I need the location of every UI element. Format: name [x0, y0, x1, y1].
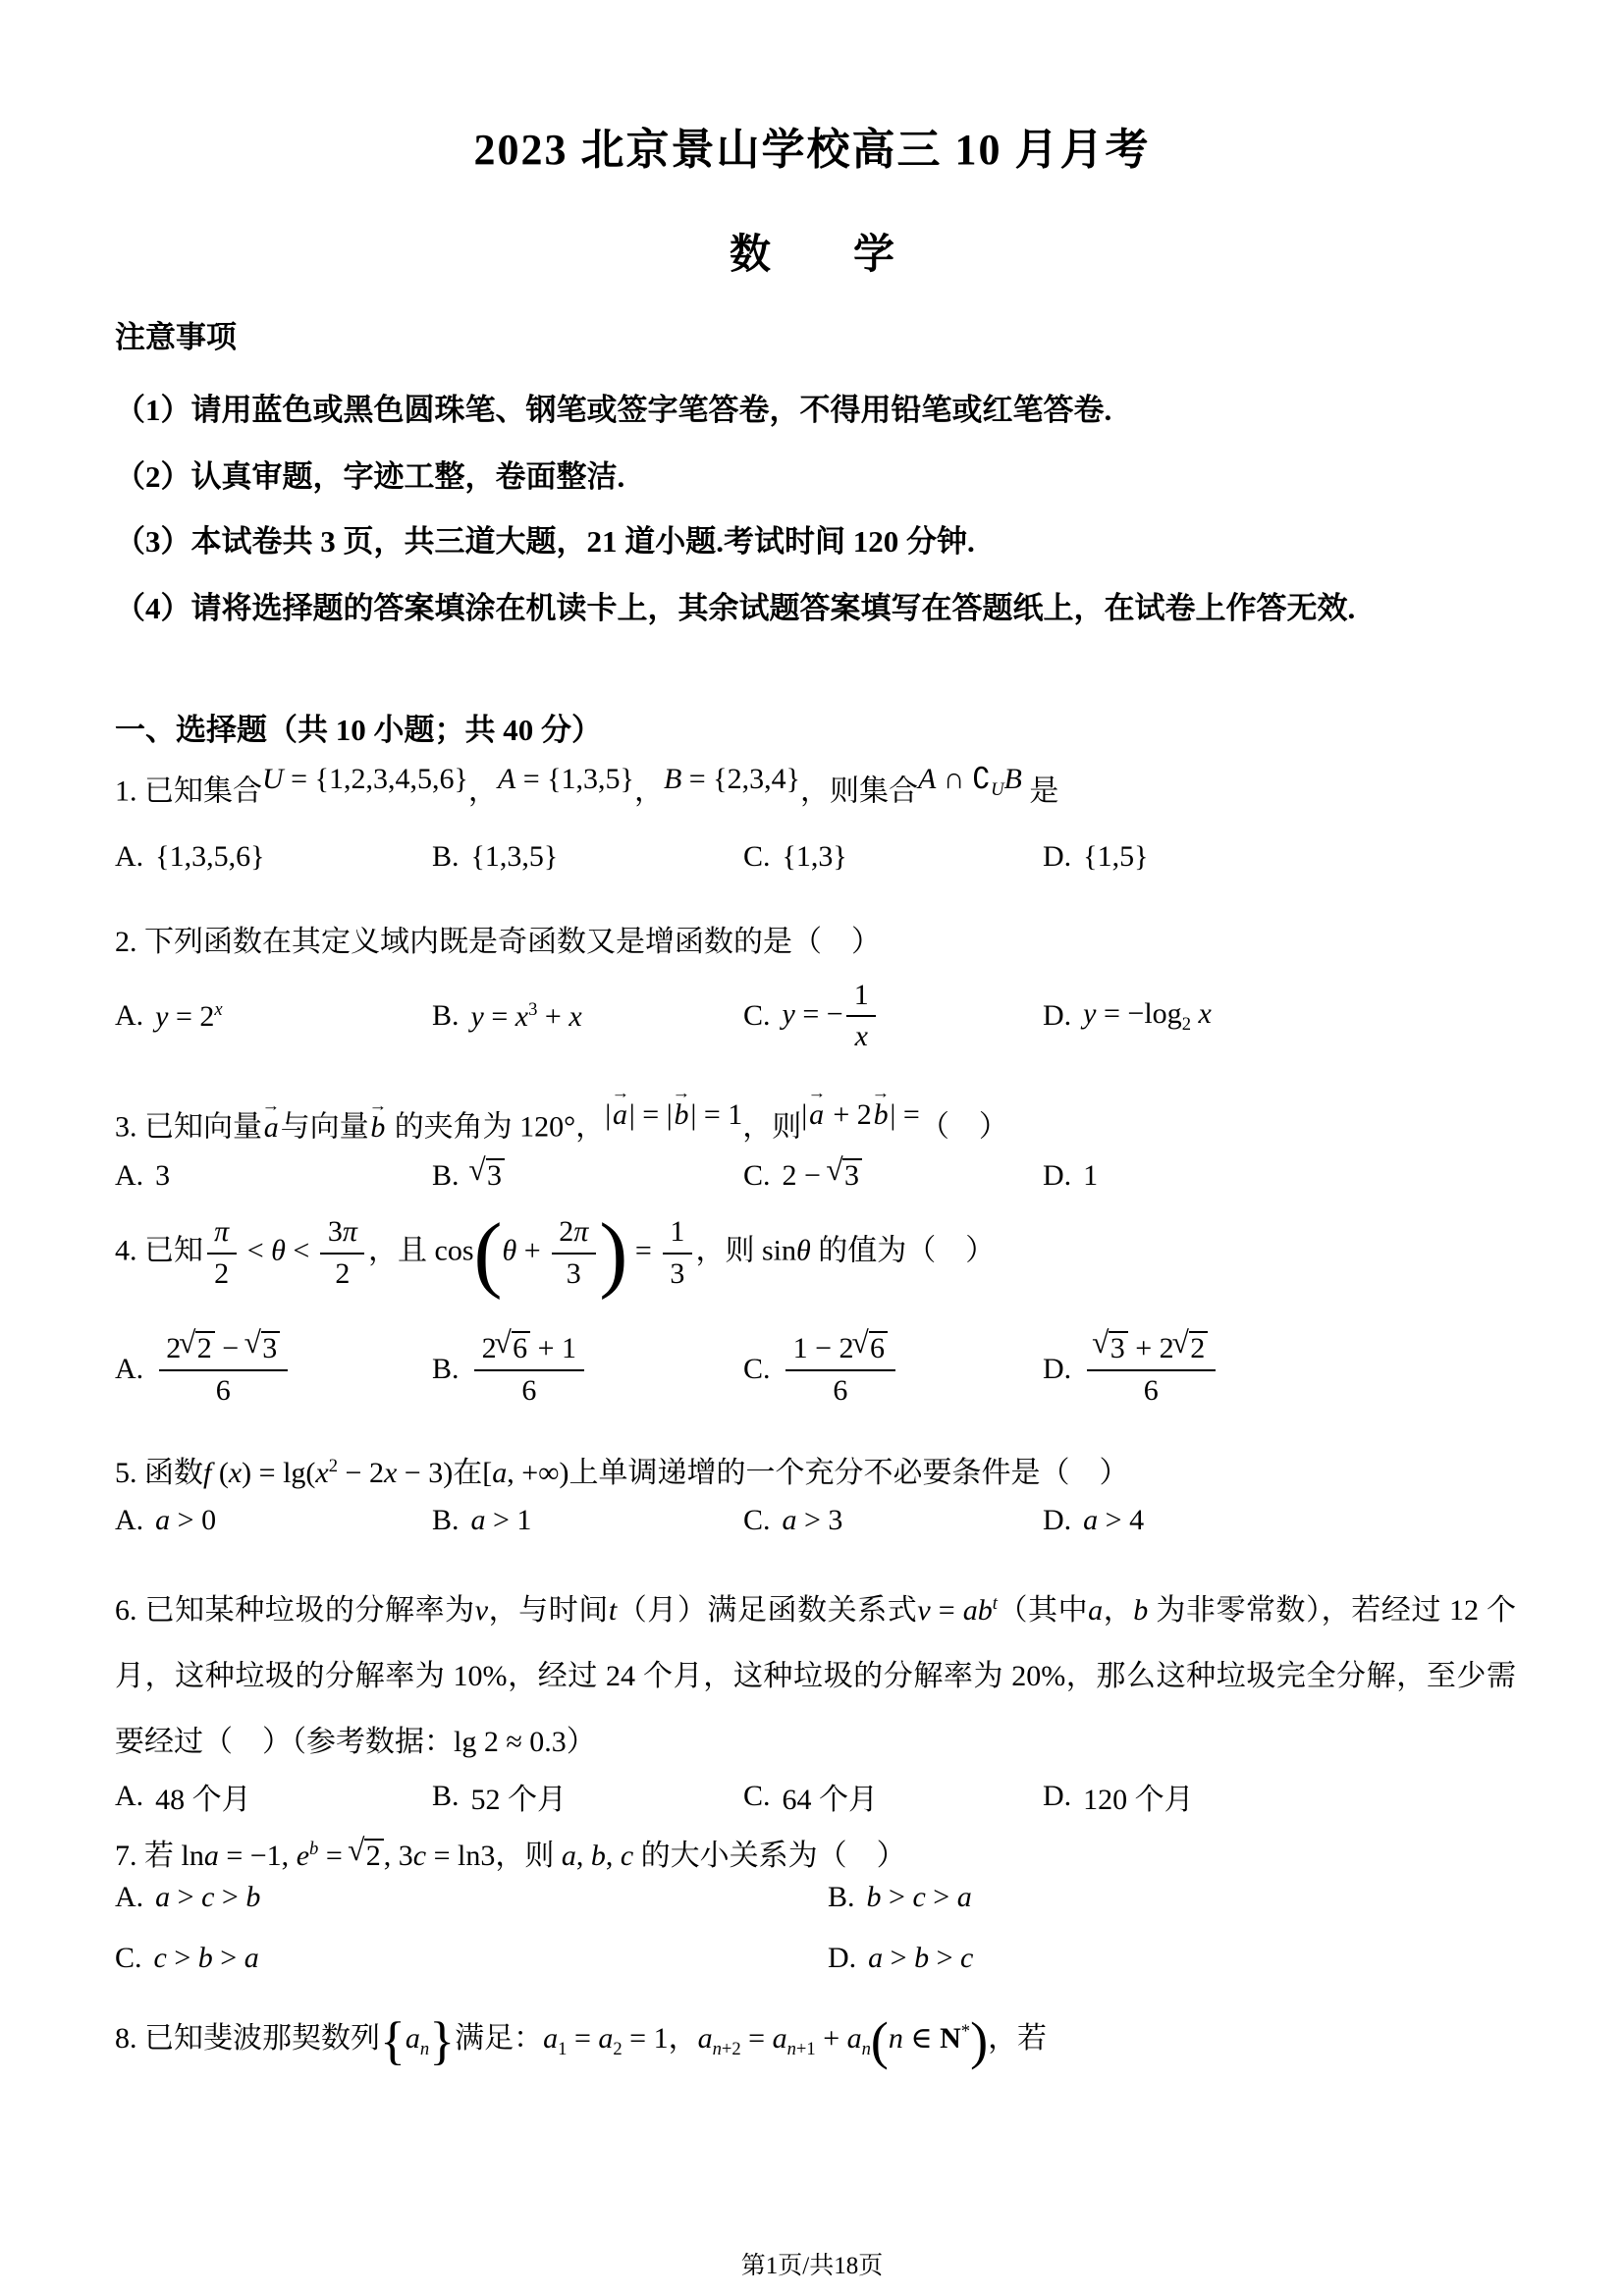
question-5-option-b: B.a > 1 — [432, 1504, 743, 1537]
option-label: C. — [115, 1942, 142, 1975]
option-text: {1,5} — [1083, 840, 1148, 874]
option-text: y = −log2 x — [1083, 997, 1212, 1036]
exam-title: 2023 北京景山学校高三 10 月月考 — [0, 114, 1624, 177]
question-7-option-d: D.a > b > c — [828, 1942, 1516, 1975]
notice-heading: 注意事项 — [115, 312, 1516, 356]
option-label: C. — [743, 1504, 771, 1537]
option-label: B. — [432, 840, 460, 874]
option-text: 3 — [155, 1159, 170, 1193]
question-3-option-b: B.3 — [432, 1158, 743, 1193]
option-label: B. — [432, 1504, 460, 1537]
option-text: a > b > c — [868, 1942, 973, 1975]
question-6-option-b: B.52 个月 — [432, 1775, 743, 1818]
notice-item-3: （3）本试卷共 3 页，共三道大题，21 道小题.考试时间 120 分钟. — [115, 508, 1516, 574]
option-label: B. — [432, 1159, 460, 1193]
notice-item-4: （4）请将选择题的答案填涂在机读卡上，其余试题答案填写在答题纸上，在试卷上作答无… — [115, 575, 1516, 641]
question-2-stem: 2. 下列函数在其定义域内既是奇函数又是增函数的是（ ） — [115, 909, 1516, 975]
option-text: a > 0 — [155, 1504, 216, 1537]
option-text: a > 1 — [471, 1504, 532, 1537]
question-5-option-c: C.a > 3 — [743, 1504, 1043, 1537]
question-4-option-c: C.1 − 266 — [743, 1331, 1043, 1408]
question-4-option-b: B.26 + 16 — [432, 1331, 743, 1408]
option-text: 3 + 226 — [1083, 1331, 1218, 1408]
question-3-stem: 3. 已知向量a与向量b 的夹角为 120°，|a| = |b| = 1，则|a… — [115, 1082, 1516, 1160]
question-4-option-d: D.3 + 226 — [1043, 1331, 1516, 1408]
question-4-option-a: A.22 − 36 — [115, 1331, 432, 1408]
option-text: a > c > b — [155, 1881, 260, 1914]
option-label: C. — [743, 840, 771, 874]
option-text: 120 个月 — [1083, 1775, 1194, 1818]
option-text: c > b > a — [154, 1942, 259, 1975]
question-1-option-d: D.{1,5} — [1043, 840, 1516, 874]
notice-item-1: （1）请用蓝色或黑色圆珠笔、钢笔或签字笔答卷，不得用铅笔或红笔答卷. — [115, 377, 1516, 443]
option-text: 52 个月 — [471, 1775, 568, 1818]
question-5-options: A.a > 0 B.a > 1 C.a > 3 D.a > 4 — [115, 1504, 1516, 1537]
option-label: C. — [743, 1780, 771, 1813]
question-1-option-b: B.{1,3,5} — [432, 840, 743, 874]
option-label: D. — [1043, 999, 1071, 1033]
page-footer: 第1页/共18页 — [0, 2246, 1624, 2281]
option-label: D. — [1043, 1504, 1071, 1537]
question-2-option-c: C.y = −1x — [743, 979, 1043, 1054]
option-label: B. — [432, 999, 460, 1033]
question-5-option-d: D.a > 4 — [1043, 1504, 1516, 1537]
question-3-option-c: C.2 − 3 — [743, 1158, 1043, 1193]
option-label: C. — [743, 999, 771, 1033]
option-text: {1,3} — [783, 840, 847, 874]
question-1-stem: 1. 已知集合U = {1,2,3,4,5,6}，A = {1,3,5}，B =… — [115, 746, 1516, 825]
option-text: y = 2x — [155, 999, 223, 1034]
option-label: C. — [743, 1353, 771, 1386]
option-label: A. — [115, 1881, 143, 1914]
notice-item-2: （2）认真审题，字迹工整，卷面整洁. — [115, 444, 1516, 509]
question-3-option-a: A.3 — [115, 1159, 432, 1193]
question-6-options: A.48 个月 B.52 个月 C.64 个月 D.120 个月 — [115, 1775, 1516, 1818]
option-label: B. — [432, 1780, 460, 1813]
question-2-option-b: B.y = x3 + x — [432, 999, 743, 1034]
question-6-stem: 6. 已知某种垃圾的分解率为v，与时间t（月）满足函数关系式v = abt（其中… — [115, 1571, 1516, 1775]
option-label: A. — [115, 840, 143, 874]
option-label: A. — [115, 999, 143, 1033]
question-5-stem: 5. 函数f (x) = lg(x2 − 2x − 3)在[a, +∞)上单调递… — [115, 1433, 1516, 1506]
option-label: D. — [1043, 1353, 1071, 1386]
question-3-options: A.3 B.3 C.2 − 3 D.1 — [115, 1158, 1516, 1193]
question-7-options: A.a > c > b B.b > c > a C.c > b > a D.a … — [115, 1881, 1516, 1975]
option-label: D. — [1043, 840, 1071, 874]
option-label: A. — [115, 1353, 143, 1386]
question-3-option-d: D.1 — [1043, 1159, 1516, 1193]
option-text: a > 3 — [783, 1504, 843, 1537]
option-label: D. — [1043, 1159, 1071, 1193]
option-label: A. — [115, 1504, 143, 1537]
question-6-option-a: A.48 个月 — [115, 1775, 432, 1818]
option-text: 2 − 3 — [783, 1158, 862, 1193]
option-text: 22 − 36 — [155, 1331, 291, 1408]
option-text: {1,3,5} — [471, 840, 559, 874]
option-text: 48 个月 — [155, 1775, 251, 1818]
option-label: B. — [828, 1881, 855, 1914]
option-label: A. — [115, 1159, 143, 1193]
option-text: 26 + 16 — [471, 1331, 588, 1408]
question-2-options: A.y = 2x B.y = x3 + x C.y = −1x D.y = −l… — [115, 967, 1516, 1065]
question-7-option-b: B.b > c > a — [828, 1881, 1516, 1914]
question-2-option-a: A.y = 2x — [115, 999, 432, 1034]
question-6-option-d: D.120 个月 — [1043, 1775, 1516, 1818]
option-label: C. — [743, 1159, 771, 1193]
exam-subject: 数 学 — [0, 222, 1624, 281]
question-1-option-a: A.{1,3,5,6} — [115, 840, 432, 874]
question-2-option-d: D.y = −log2 x — [1043, 997, 1516, 1036]
option-text: 3 — [471, 1158, 506, 1193]
option-label: A. — [115, 1780, 143, 1813]
question-8-stem: 8. 已知斐波那契数列{an}满足：a1 = a2 = 1，an+2 = an+… — [115, 1999, 1516, 2082]
question-5-option-a: A.a > 0 — [115, 1504, 432, 1537]
option-text: y = x3 + x — [471, 999, 582, 1034]
question-1-option-c: C.{1,3} — [743, 840, 1043, 874]
option-text: {1,3,5,6} — [155, 840, 264, 874]
question-7-option-c: C.c > b > a — [115, 1942, 828, 1975]
question-7-option-a: A.a > c > b — [115, 1881, 828, 1914]
option-text: b > c > a — [867, 1881, 972, 1914]
section-heading: 一、选择题（共 10 小题；共 40 分） — [115, 705, 1516, 749]
question-4-stem: 4. 已知π2 < θ < 3π2，且 cos(θ + 2π3) = 13，则 … — [115, 1215, 1516, 1291]
option-text: 1 — [1083, 1159, 1098, 1193]
question-7-stem: 7. 若 lna = −1, eb = 2, 3c = ln3，则 a, b, … — [115, 1816, 1516, 1889]
question-1-options: A.{1,3,5,6} B.{1,3,5} C.{1,3} D.{1,5} — [115, 840, 1516, 874]
option-text: y = −1x — [783, 979, 880, 1054]
option-text: 64 个月 — [783, 1775, 879, 1818]
option-label: D. — [1043, 1780, 1071, 1813]
option-label: B. — [432, 1353, 460, 1386]
question-4-options: A.22 − 36 B.26 + 16 C.1 − 266 D.3 + 226 — [115, 1320, 1516, 1418]
question-6-option-c: C.64 个月 — [743, 1775, 1043, 1818]
option-text: 1 − 266 — [783, 1331, 899, 1408]
option-label: D. — [828, 1942, 856, 1975]
option-text: a > 4 — [1083, 1504, 1144, 1537]
